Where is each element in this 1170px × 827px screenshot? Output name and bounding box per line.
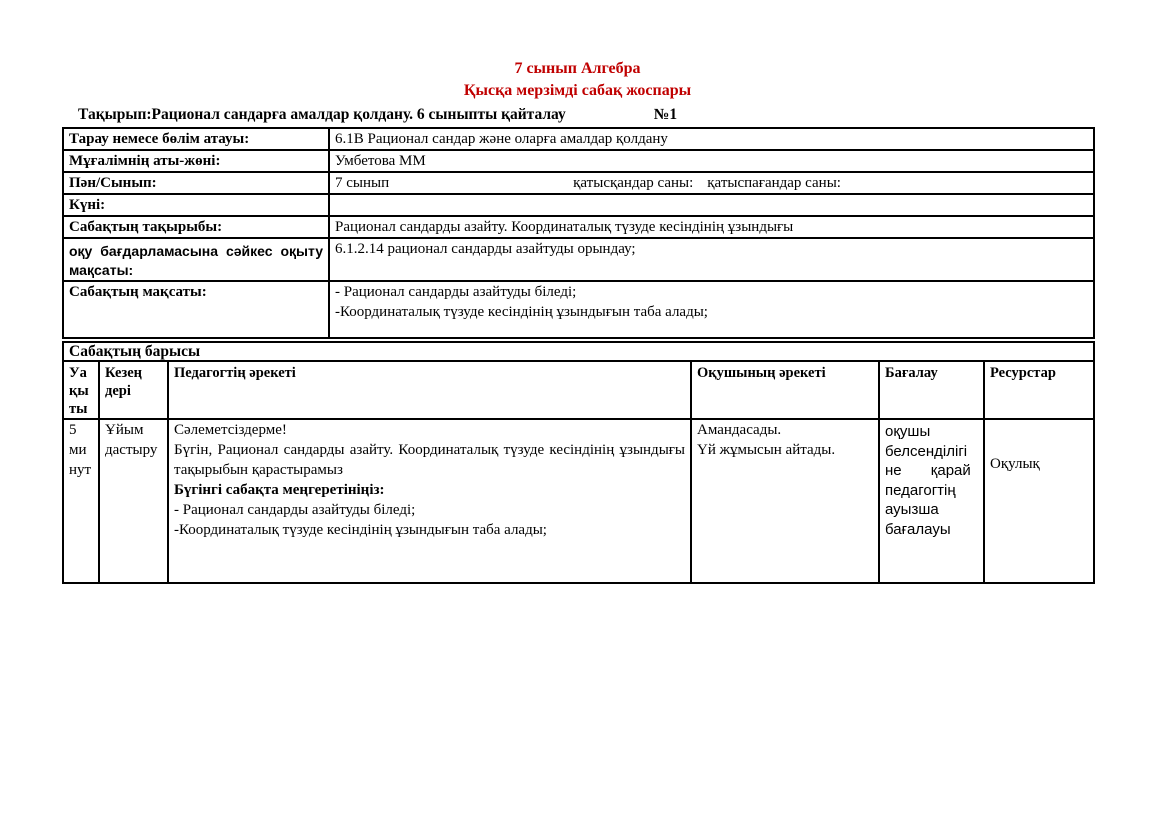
lesson-info-table: Тарау немесе бөлім атауы: 6.1B Рационал … [62,127,1095,339]
lesson-topic-label: Сабақтың тақырыбы: [63,216,329,238]
topic-line: Тақырып:Рационал сандарға амалдар қолдан… [62,106,1093,124]
lesson-objective-value: - Рационал сандарды азайтуды біледі; -Ко… [329,281,1094,338]
student-line-2: Үй жұмысын айтады. [697,440,873,460]
header-stage: Кезең дері [99,361,168,419]
table-row-lesson-objective: Сабақтың мақсаты: - Рационал сандарды аз… [63,281,1094,338]
header-assessment: Бағалау [879,361,984,419]
header-resources: Ресурстар [984,361,1094,419]
table-row-unit: Тарау немесе бөлім атауы: 6.1B Рационал … [63,128,1094,150]
assessment-cell: оқушы белсенділігі не қарай педагогтің а… [879,419,984,583]
curriculum-objective-value: 6.1.2.14 рационал сандарды азайтуды орын… [329,238,1094,281]
lesson-objective-label: Сабақтың мақсаты: [63,281,329,338]
student-line-1: Амандасады. [697,420,873,440]
section-title: Сабақтың барысы [63,342,1094,361]
table-row-teacher-name: Мұғалімнің аты-жөні: Умбетова ММ [63,150,1094,172]
lesson-flow-table: Сабақтың барысы Уа қы ты Кезең дері Педа… [62,341,1095,584]
flow-header-row: Уа қы ты Кезең дері Педагогтің әрекеті О… [63,361,1094,419]
stage-cell: Ұйым дастыру [99,419,168,583]
unit-label: Тарау немесе бөлім атауы: [63,128,329,150]
lesson-objective-line-2: -Координаталық түзуде кесіндінің ұзындығ… [335,302,1088,322]
teacher-goal-1: - Рационал сандарды азайтуды біледі; [174,500,685,520]
lesson-topic-value: Рационал сандарды азайту. Координаталық … [329,216,1094,238]
subject-class-label: Пән/Сынып: [63,172,329,194]
title-line-1: 7 сынып Алгебра [62,58,1093,80]
teacher-intro: Бүгін, Рационал сандарды азайту. Координ… [174,440,685,480]
date-label: Күні: [63,194,329,216]
teacher-name-value: Умбетова ММ [329,150,1094,172]
section-title-row: Сабақтың барысы [63,342,1094,361]
class-value: 7 сынып [335,175,389,191]
header-time: Уа қы ты [63,361,99,419]
subject-class-value: 7 сыныпқатысқандар саны:қатыспағандар са… [329,172,1094,194]
attended-count-label: қатысқандар саны: [573,175,693,191]
date-value [329,194,1094,216]
table-row-subject-class: Пән/Сынып: 7 сыныпқатысқандар саны:қатыс… [63,172,1094,194]
header-teacher-action: Педагогтің әрекеті [168,361,691,419]
topic-text: Тақырып:Рационал сандарға амалдар қолдан… [78,106,566,123]
lesson-number: №1 [654,106,677,123]
flow-body-row: 5 ми нут Ұйым дастыру Сәлеметсіздерме! Б… [63,419,1094,583]
title-line-2: Қысқа мерзімді сабақ жоспары [62,80,1093,102]
teacher-greeting: Сәлеметсіздерме! [174,420,685,440]
resources-cell: Оқулық [984,419,1094,583]
document-content: 7 сынып Алгебра Қысқа мерзімді сабақ жос… [62,0,1093,584]
document-title: 7 сынып Алгебра Қысқа мерзімді сабақ жос… [62,0,1093,102]
table-row-curriculum-objective: оқу бағдарламасына сәйкес оқыту мақсаты:… [63,238,1094,281]
teacher-goal-2: -Координаталық түзуде кесіндінің ұзындығ… [174,520,685,540]
document-page: 7 сынып Алгебра Қысқа мерзімді сабақ жос… [0,0,1170,827]
absent-count-label: қатыспағандар саны: [707,175,841,191]
table-row-date: Күні: [63,194,1094,216]
curriculum-objective-label: оқу бағдарламасына сәйкес оқыту мақсаты: [63,238,329,281]
unit-value: 6.1B Рационал сандар және оларға амалдар… [329,128,1094,150]
teacher-goals-heading: Бүгінгі сабақта меңгеретініңіз: [174,480,685,500]
student-action-cell: Амандасады. Үй жұмысын айтады. [691,419,879,583]
teacher-name-label: Мұғалімнің аты-жөні: [63,150,329,172]
table-row-lesson-topic: Сабақтың тақырыбы: Рационал сандарды аза… [63,216,1094,238]
teacher-action-cell: Сәлеметсіздерме! Бүгін, Рационал сандард… [168,419,691,583]
lesson-objective-line-1: - Рационал сандарды азайтуды біледі; [335,282,1088,302]
time-cell: 5 ми нут [63,419,99,583]
header-student-action: Оқушының әрекеті [691,361,879,419]
